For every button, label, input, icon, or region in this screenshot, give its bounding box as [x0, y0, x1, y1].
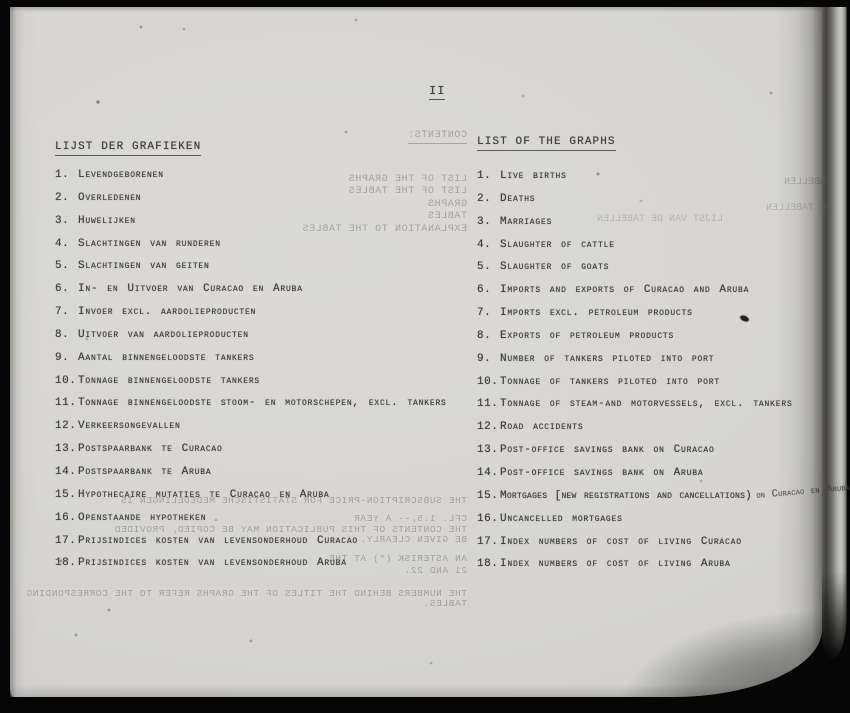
item-number: 7. — [55, 306, 78, 318]
list-item: 2.Deaths — [477, 193, 850, 216]
item-text: Index numbers of cost of living Curacao — [500, 536, 742, 548]
item-number: 4. — [55, 238, 78, 250]
item-number: 18. — [55, 557, 78, 569]
list-item: 18.Index numbers of cost of living Aruba — [477, 558, 850, 581]
item-text: Live births — [500, 170, 567, 182]
list-item: 15.Hypothecaire mutaties te Curacao en A… — [55, 489, 447, 512]
item-number: 11. — [477, 398, 500, 410]
item-number: 17. — [477, 536, 500, 548]
item-number: 9. — [477, 353, 500, 365]
item-text: In- en Uitvoer van Curacao en Aruba — [78, 283, 303, 295]
item-text: Imports and exports of Curacao and Aruba — [500, 284, 749, 296]
item-text: Invoer excl. aardolieproducten — [78, 306, 256, 318]
list-item: 11.Tonnage of steam-and motorvessels, ex… — [477, 398, 850, 421]
item-text: Imports excl. petroleum products — [500, 307, 693, 319]
list-item: 2.Overledenen — [55, 192, 447, 215]
item-number: 14. — [55, 466, 78, 478]
list-item: 10.Tonnage of tankers piloted into port — [477, 376, 850, 399]
item-number: 8. — [477, 330, 500, 342]
item-text: Prijsindices kosten van levensonderhoud … — [78, 535, 358, 547]
item-text: Hypothecaire mutaties te Curacao en Arub… — [78, 489, 330, 501]
list-item: 9.Aantal binnengeloodste tankers — [55, 352, 447, 375]
list-item: 7.Invoer excl. aardolieproducten — [55, 306, 447, 329]
list-item: 18.Prijsindices kosten van levensonderho… — [55, 557, 447, 580]
list-item: 3.Huwelijken — [55, 215, 447, 238]
item-number: 17. — [55, 535, 78, 547]
item-number: 10. — [55, 375, 78, 387]
item-number: 6. — [55, 283, 78, 295]
item-text: Post-office savings bank on Curacao — [500, 444, 715, 456]
list-item: 5.Slaughter of goats — [477, 261, 850, 284]
item-text: Verkeersongevallen — [78, 420, 181, 432]
item-number: 5. — [55, 260, 78, 272]
list-item: 13.Postspaarbank te Curacao — [55, 443, 447, 466]
document-page: II CONTENTS:LIST OF THE GRAPHSLIST OF TH… — [10, 7, 822, 697]
showthrough-line: THE NUMBERS BEHIND THE TITLES OF THE GRA… — [65, 589, 467, 599]
item-text: Mortgages [new registrations and cancell… — [500, 490, 752, 502]
item-number: 1. — [55, 169, 78, 181]
list-item: 4.Slaughter of cattle — [477, 239, 850, 262]
item-text: Postspaarbank te Aruba — [78, 466, 211, 478]
left-list-header: LIJST DER GRAFIEKEN — [55, 141, 201, 156]
list-item: 12.Road accidents — [477, 421, 850, 444]
item-text: Slaughter of cattle — [500, 239, 615, 251]
item-text: Tonnage binnengeloodste stoom- en motors… — [78, 397, 447, 409]
item-number: 13. — [55, 443, 78, 455]
item-text: Post-office savings bank on Aruba — [500, 467, 703, 479]
list-item: 16.Uncancelled mortgages — [477, 513, 850, 536]
item-text: Tonnage of steam-and motorvessels, excl.… — [500, 398, 793, 410]
page-number: II — [429, 84, 445, 100]
graph-list-dutch: LIJST DER GRAFIEKEN 1.Levendgeborenen2.O… — [55, 136, 475, 156]
list-item: 11.Tonnage binnengeloodste stoom- en mot… — [55, 397, 447, 420]
item-text: Openstaande hypotheken — [78, 512, 206, 524]
item-text: Index numbers of cost of living Aruba — [500, 558, 731, 570]
item-number: 16. — [477, 513, 500, 525]
list-item: 17.Index numbers of cost of living Curac… — [477, 536, 850, 559]
right-list-header: LIST OF THE GRAPHS — [477, 136, 616, 151]
item-text: Levendgeborenen — [78, 169, 164, 181]
item-text: Aantal binnengeloodste tankers — [78, 352, 254, 364]
list-item: 7.Imports excl. petroleum products — [477, 307, 850, 330]
item-number: 1. — [477, 170, 500, 182]
item-number: 4. — [477, 239, 500, 251]
item-number: 13. — [477, 444, 500, 456]
list-item: 3.Marriages — [477, 216, 850, 239]
item-text: Tonnage of tankers piloted into port — [500, 376, 720, 388]
item-text: Prijsindices kosten van levensonderhoud … — [78, 557, 347, 569]
item-number: 3. — [55, 215, 78, 227]
item-number: 9. — [55, 352, 78, 364]
item-number: 15. — [55, 489, 78, 501]
item-text: Overledenen — [78, 192, 141, 204]
list-item: 5.Slachtingen van geiten — [55, 260, 447, 283]
scan-specks — [10, 7, 12, 9]
list-item: 14.Postspaarbank te Aruba — [55, 466, 447, 489]
item-number: 2. — [477, 193, 500, 205]
list-item: 13.Post-office savings bank on Curacao — [477, 444, 850, 467]
item-text: Deaths — [500, 193, 535, 205]
item-text: Slaughter of goats — [500, 261, 609, 273]
item-number: 12. — [477, 421, 500, 433]
item-number: 11. — [55, 397, 78, 409]
item-text: Uncancelled mortgages — [500, 513, 623, 525]
item-number: 5. — [477, 261, 500, 273]
list-item: 1.Live births — [477, 170, 850, 193]
item-text: Tonnage binnengeloodste tankers — [78, 375, 260, 387]
item-number: 6. — [477, 284, 500, 296]
item-text: Exports of petroleum products — [500, 330, 674, 342]
list-item: 6.Imports and exports of Curacao and Aru… — [477, 284, 850, 307]
book-scan: II CONTENTS:LIST OF THE GRAPHSLIST OF TH… — [0, 0, 850, 713]
list-item: 15.Mortgages [new registrations and canc… — [477, 490, 850, 513]
item-number: 12. — [55, 420, 78, 432]
list-item: 10.Tonnage binnengeloodste tankers — [55, 375, 447, 398]
item-number: 3. — [477, 216, 500, 228]
item-number: 15. — [477, 490, 500, 502]
showthrough-line: TABLES. — [65, 599, 467, 609]
list-item: 4.Slachtingen van runderen — [55, 238, 447, 261]
item-number: 8. — [55, 329, 78, 341]
item-text: Road accidents — [500, 421, 584, 433]
graph-list-english: LIST OF THE GRAPHS 1.Live births2.Deaths… — [477, 131, 833, 151]
list-item: 1.Levendgeborenen — [55, 169, 447, 192]
item-text: Slachtingen van runderen — [78, 238, 221, 250]
list-item: 8.Uitvoer van aardolieproducten — [55, 329, 447, 352]
list-item: 12.Verkeersongevallen — [55, 420, 447, 443]
item-text: Huwelijken — [78, 215, 136, 227]
item-number: 16. — [55, 512, 78, 524]
list-item: 6.In- en Uitvoer van Curacao en Aruba — [55, 283, 447, 306]
item-number: 18. — [477, 558, 500, 570]
item-number: 14. — [477, 467, 500, 479]
list-item: 17.Prijsindices kosten van levensonderho… — [55, 535, 447, 558]
list-item: 8.Exports of petroleum products — [477, 330, 850, 353]
list-item: 16.Openstaande hypotheken — [55, 512, 447, 535]
item-number: 10. — [477, 376, 500, 388]
item-text: Postspaarbank te Curacao — [78, 443, 223, 455]
item-number: 2. — [55, 192, 78, 204]
item-text: Marriages — [500, 216, 552, 228]
item-text: Number of tankers piloted into port — [500, 353, 714, 365]
item-number: 7. — [477, 307, 500, 319]
item-text: Slachtingen van geiten — [78, 260, 210, 272]
item-text: Uitvoer van aardolieproducten — [78, 329, 249, 341]
list-item: 9.Number of tankers piloted into port — [477, 353, 850, 376]
